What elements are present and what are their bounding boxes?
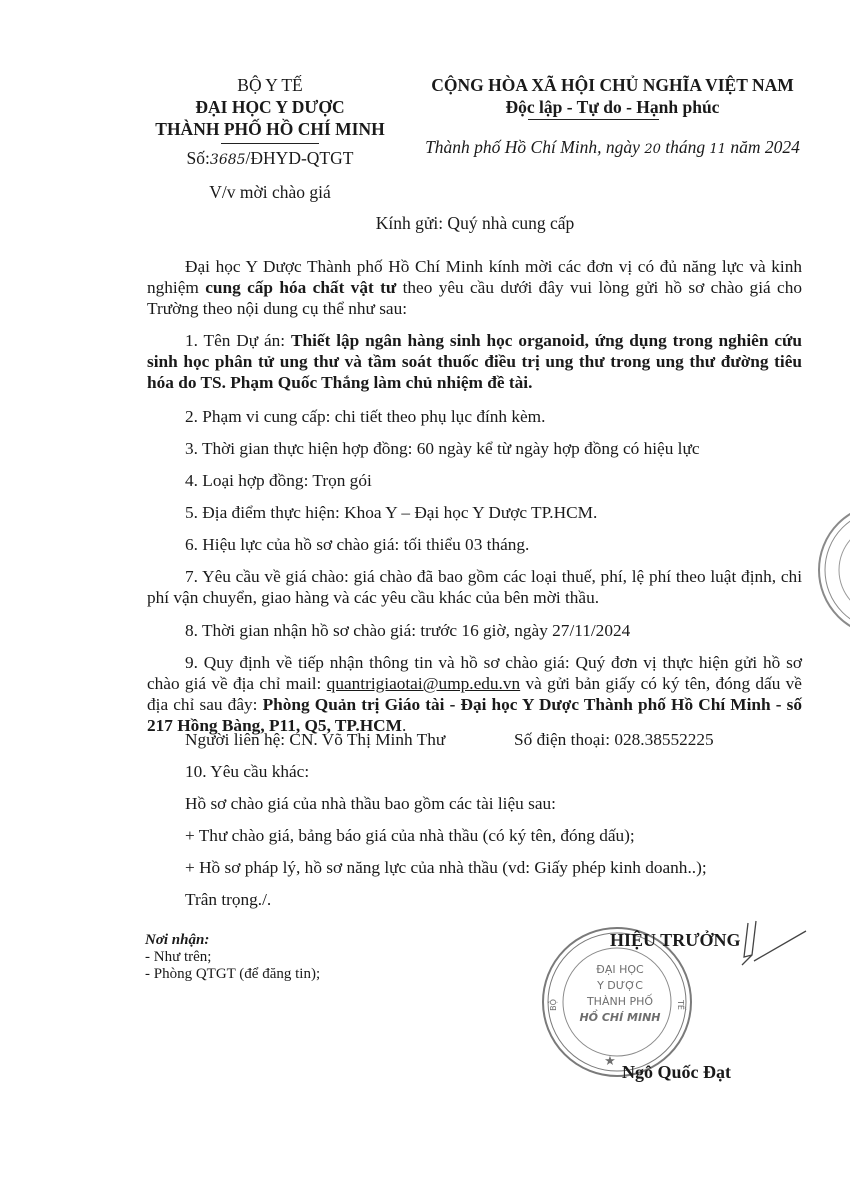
item-validity: 6. Hiệu lực của hồ sơ chào giá: tối thiể… [185,534,529,555]
svg-text:ĐẠI HỌC: ĐẠI HỌC [596,963,644,976]
recipients-label: Nơi nhận: [145,932,320,949]
item-contract-duration: 3. Thời gian thực hiện hợp đồng: 60 ngày… [185,438,700,459]
issue-date: Thành phố Hồ Chí Minh, ngày 20 tháng 11 … [410,136,815,161]
signature-icon [740,915,810,975]
intro-paragraph: Đại học Y Dược Thành phố Hồ Chí Minh kín… [147,256,802,319]
national-motto: Độc lập - Tự do - Hạnh phúc [506,96,720,118]
recipients-block: Nơi nhận: - Như trên; - Phòng QTGT (để đ… [145,932,320,983]
contact-person: Người liên hệ: CN. Võ Thị Minh Thư [185,729,445,750]
item-project-name: 1. Tên Dự án: Thiết lập ngân hàng sinh h… [147,330,802,393]
recipient-item: - Như trên; [145,949,320,966]
national-header: CỘNG HÒA XÃ HỘI CHỦ NGHĨA VIỆT NAM Độc l… [410,74,815,161]
ministry-name: BỘ Y TẾ [130,74,410,96]
item-contract-type: 4. Loại hợp đồng: Trọn gói [185,470,372,491]
handwritten-month: 11 [709,142,726,157]
item-deadline: 8. Thời gian nhận hồ sơ chào giá: trước … [185,620,630,641]
handwritten-number: 3685 [210,152,246,168]
signatory-name: Ngô Quốc Đạt [622,1062,731,1083]
item-submission-rules: 9. Quy định về tiếp nhận thông tin và hồ… [147,652,802,736]
email-link[interactable]: quantrigiaotai@ump.edu.vn [327,674,521,693]
partial-seal-icon [815,500,850,640]
svg-text:HỒ CHÍ MINH: HỒ CHÍ MINH [579,1009,660,1024]
svg-text:TẾ: TẾ [676,999,687,1011]
svg-text:★: ★ [604,1053,616,1068]
motto-underline [528,119,660,120]
documents-intro: Hồ sơ chào giá của nhà thầu bao gồm các … [185,793,556,814]
item-price-requirements: 7. Yêu cầu về giá chào: giá chào đã bao … [147,566,802,608]
university-name-line2: THÀNH PHỐ HỒ CHÍ MINH [130,118,410,140]
svg-text:THÀNH PHỐ: THÀNH PHỐ [586,994,653,1008]
svg-text:Y DƯỢC: Y DƯỢC [596,979,643,992]
issuer-block: BỘ Y TẾ ĐẠI HỌC Y DƯỢC THÀNH PHỐ HỒ CHÍ … [130,74,410,203]
nation-name: CỘNG HÒA XÃ HỘI CHỦ NGHĨA VIỆT NAM [410,74,815,96]
item-location: 5. Địa điểm thực hiện: Khoa Y – Đại học … [185,502,597,523]
reference-number: Số:3685/ĐHYD-QTGT [130,147,410,171]
item-scope: 2. Phạm vi cung cấp: chi tiết theo phụ l… [185,406,545,427]
handwritten-day: 20 [644,142,661,157]
document-requirement-1: + Thư chào giá, bảng báo giá của nhà thầ… [185,825,635,846]
item-other-requirements: 10. Yêu cầu khác: [185,761,309,782]
header-divider [221,143,319,144]
subject-line: V/v mời chào giá [130,181,410,203]
contact-phone: Số điện thoại: 028.38552225 [514,729,714,750]
university-name-line1: ĐẠI HỌC Y DƯỢC [130,96,410,118]
salutation: Kính gửi: Quý nhà cung cấp [150,213,800,234]
svg-text:BỘ: BỘ [547,999,558,1011]
document-requirement-2: + Hồ sơ pháp lý, hồ sơ năng lực của nhà … [185,857,707,878]
signatory-title: HIỆU TRƯỞNG [610,930,741,951]
closing-remark: Trân trọng./. [185,889,271,910]
recipient-item: - Phòng QTGT (để đăng tin); [145,966,320,983]
